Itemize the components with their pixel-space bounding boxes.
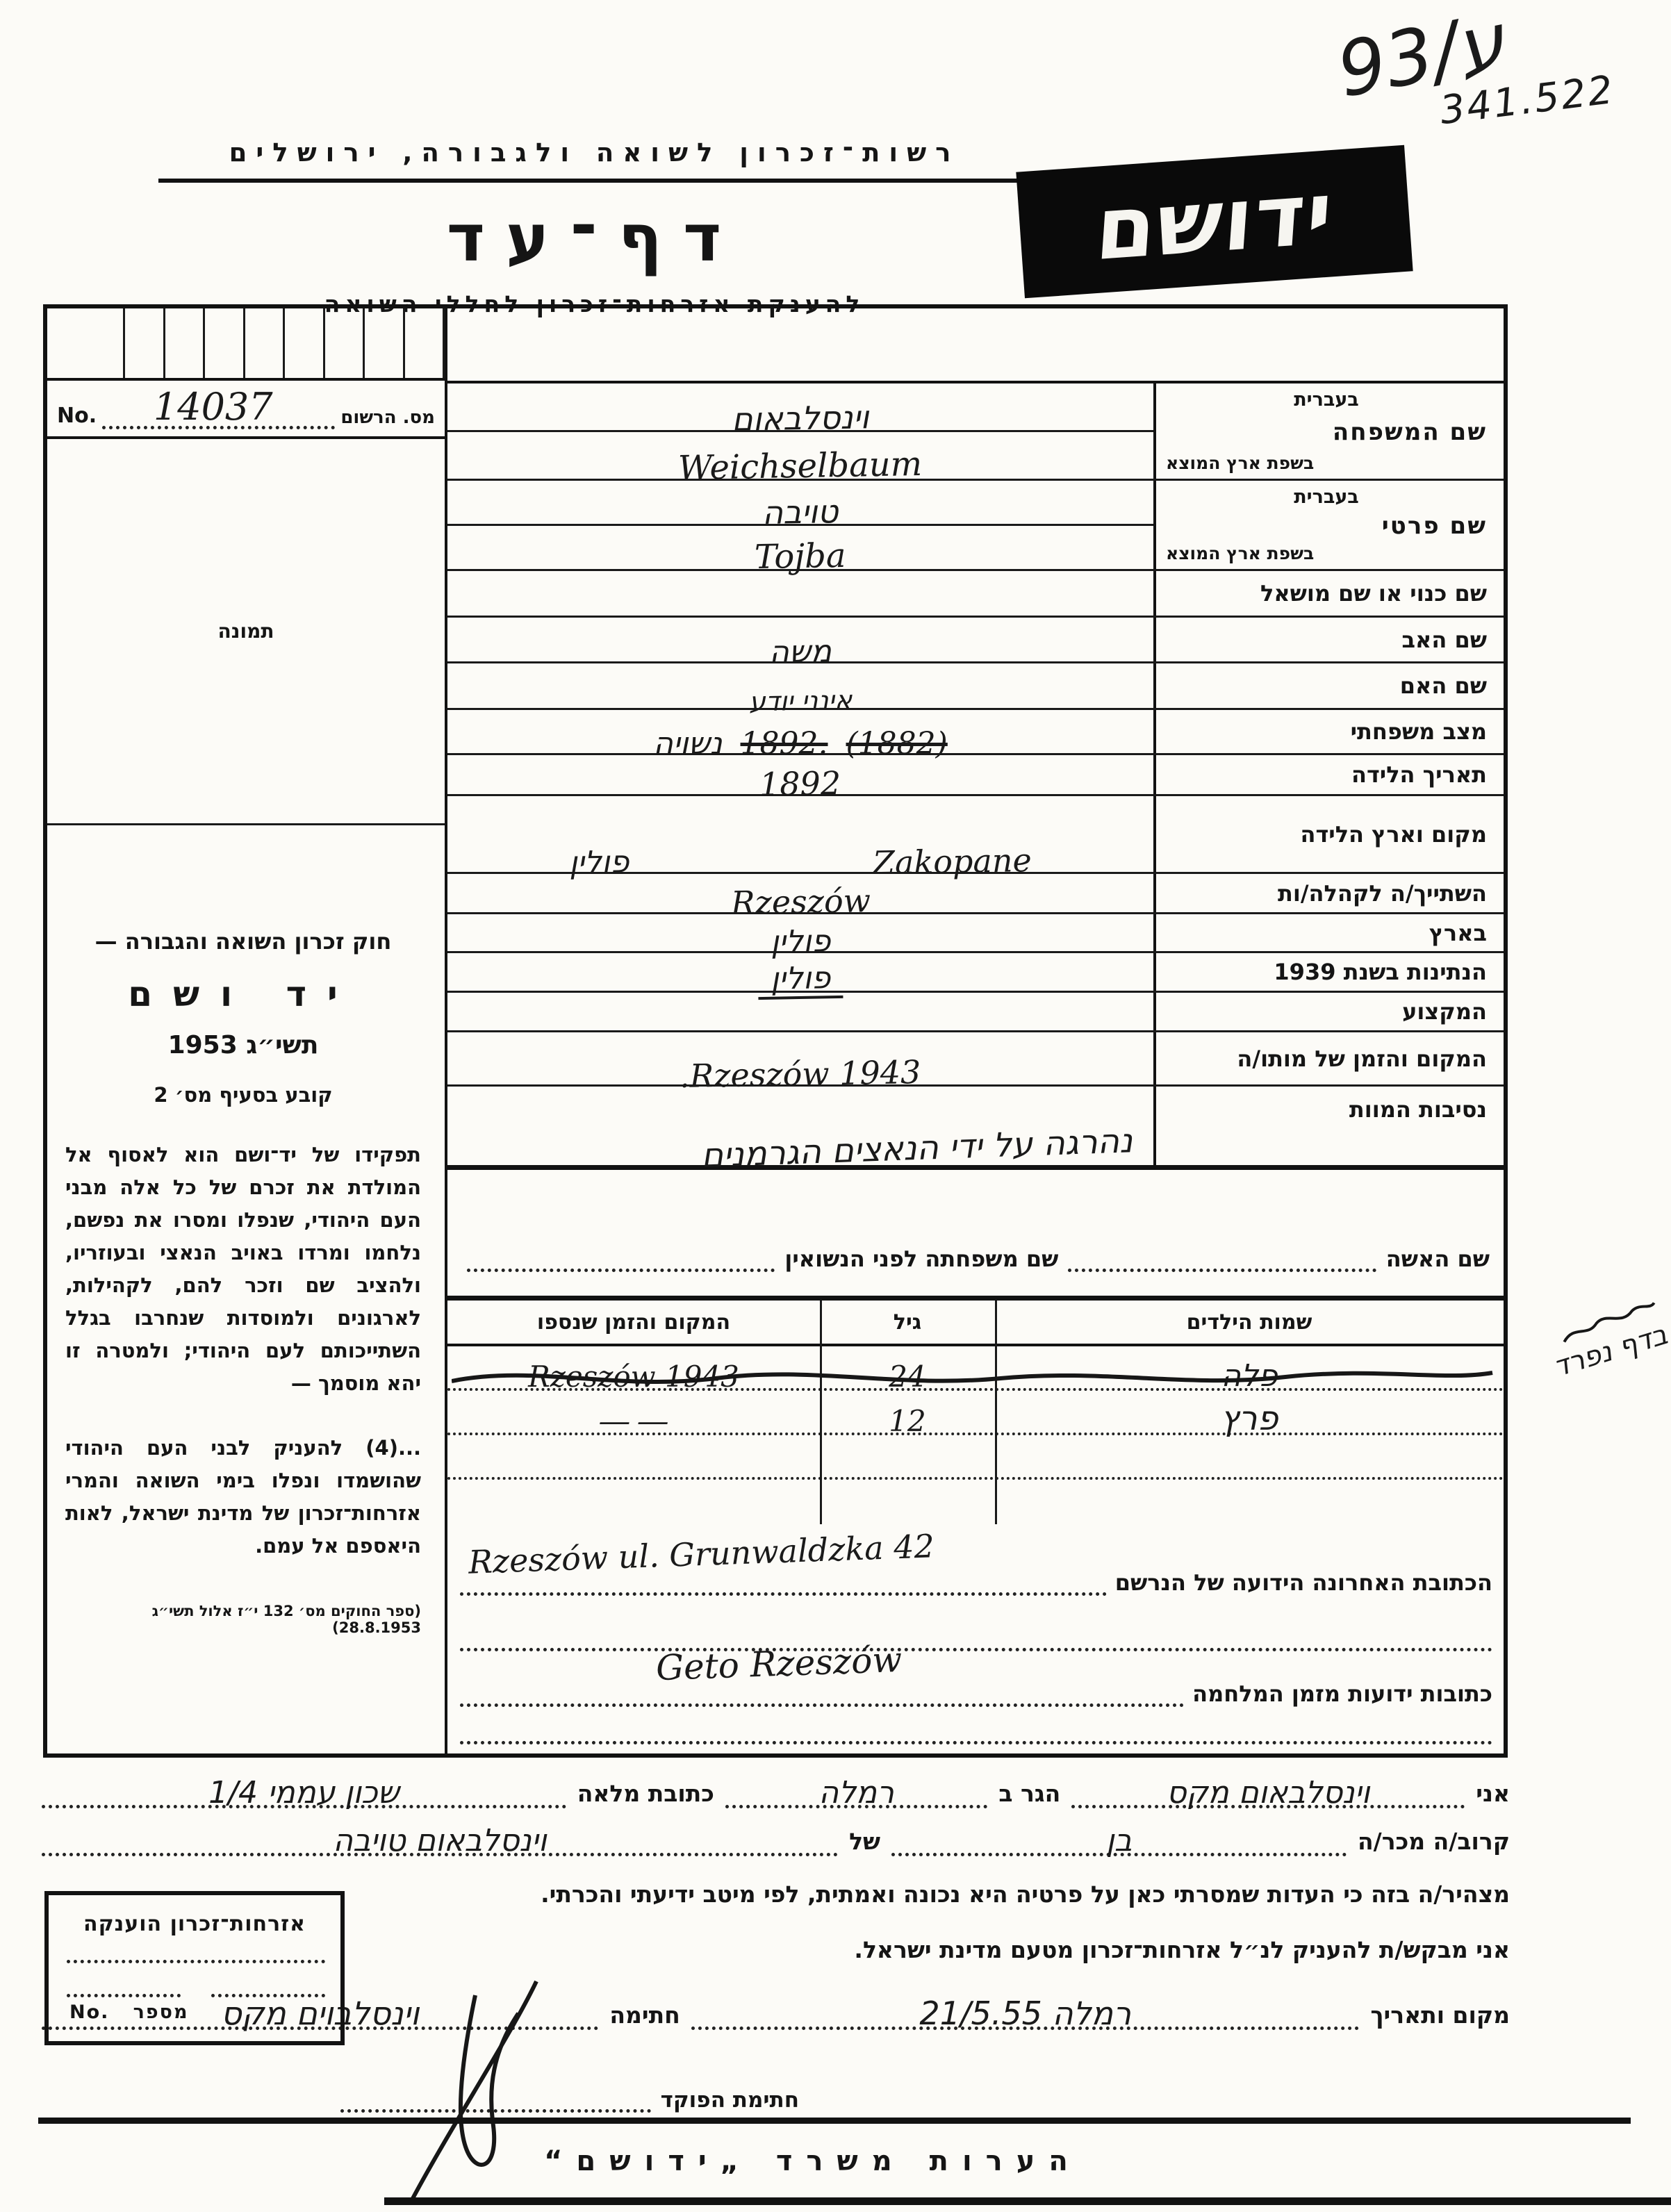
relation-label: קרוב/ה מכר/ה	[1358, 1828, 1510, 1856]
memorial-citizenship-granted-box: אזרחות־זכרון הוענקה No. מספר	[44, 1891, 345, 2045]
declarant-city-value: רמלה	[725, 1775, 987, 1810]
declarant-address-value: שכון עממי 1/4	[42, 1775, 566, 1810]
place-date-label: מקום ותאריך	[1370, 2001, 1510, 2030]
children-table: שמות הילדים גיל המקום והזמן שנספו פלה 24…	[447, 1301, 1504, 1524]
field-family-name: בעברית שם המשפחה בשפת ארץ המוצא וינסלבאו…	[447, 383, 1504, 481]
column-divider	[820, 1301, 822, 1524]
tick-strip	[47, 308, 445, 381]
relation-row: קרוב/ה מכר/ה בן של וינסלבאום טויבה	[42, 1824, 1510, 1856]
family-name-latin: Weichselbaum	[678, 445, 923, 488]
bottom-line	[384, 2197, 1671, 2205]
resides-label: הגר ב	[998, 1780, 1060, 1808]
full-address-label: כתובת מלאה	[577, 1780, 714, 1808]
separator-line	[38, 2118, 1631, 2124]
child-name: פלה	[1221, 1358, 1277, 1394]
maiden-name-line	[467, 1241, 775, 1272]
field-marital-status: מצב משפחתי נשויה 1892. (1882)	[447, 710, 1504, 755]
field-birth-date: תאריך הלידה 1892	[447, 755, 1504, 796]
column-divider	[995, 1301, 997, 1524]
field-first-name: בעברית שם פרטי בשפת ארץ המוצא טויבה Tojb…	[447, 481, 1504, 571]
field-death-place-time: המקום והזמן של מותו/ה Rzeszów 1943.	[447, 1032, 1504, 1087]
field-citizenship-1939: הנתינות בשנת 1939 פולין	[447, 953, 1504, 993]
signature-label: חתימה	[609, 2001, 680, 2030]
page-of-testimony-scan: 93/ע 341.522 רשות־זכרון לשואה ולגבורה, י…	[0, 0, 1671, 2212]
no-label-latin: No.	[57, 404, 97, 429]
of-label: של	[849, 1828, 880, 1856]
field-profession: המקצוע	[447, 993, 1504, 1032]
child-age: 12	[889, 1404, 925, 1438]
last-address-label: הכתובת האחרונה הידועה של הנרשם	[1115, 1569, 1492, 1596]
registration-number-value: 14037	[154, 385, 273, 429]
granted-title: אזרחות־זכרון הוענקה	[49, 1912, 340, 1936]
place-date-value: רמלה 21/5.55	[691, 1995, 1360, 2032]
field-in-country: בארץ פולין	[447, 914, 1504, 953]
child-age: 24	[889, 1360, 925, 1394]
law-subheading: קובע בסעיף מס׳ 2	[65, 1083, 421, 1107]
wife-name-line	[1068, 1241, 1376, 1272]
photo-box: תמונה	[47, 439, 445, 825]
child-death-place-ditto: ― ―	[600, 1404, 667, 1438]
declarant-name-value: וינסלבאום מקס	[1071, 1775, 1465, 1810]
family-name-hebrew: וינסלבאום	[732, 398, 870, 438]
field-nickname: שם כנוי או שם מושאל	[447, 571, 1504, 618]
last-address-row: הכתובת האחרונה הידועה של הנרשם	[460, 1565, 1492, 1596]
form-main: בעברית שם המשפחה בשפת ארץ המוצא וינסלבאו…	[447, 308, 1504, 1753]
field-mother-name: שם האם אינני יודע	[447, 663, 1504, 710]
field-father-name: שם האב משה	[447, 618, 1504, 663]
office-notes-label: הערות משרד „ידושם“	[542, 2145, 1084, 2177]
granted-number-label: מספר	[133, 2001, 189, 2023]
wife-name-label: שם האשה	[1386, 1246, 1490, 1272]
addresses-section: Rzeszów ul. Grunwaldzka 42 הכתובת האחרונ…	[447, 1524, 1504, 1756]
first-name-hebrew: טויבה	[762, 493, 839, 531]
sidebar: No. 14037 מס. הרשום תמונה חוק זכרון השוא…	[47, 308, 447, 1753]
empty-address-row	[460, 1620, 1492, 1651]
children-header-row: שמות הילדים גיל המקום והזמן שנספו	[447, 1301, 1504, 1346]
maiden-name-label: שם משפחתה לפני הנשואין	[784, 1246, 1058, 1272]
law-year: תשי״ג 1953	[65, 1031, 421, 1059]
authority-title: רשות־זכרון לשואה ולגבורה, ירושלים	[158, 138, 1030, 183]
margin-note: בדף נפרד	[1508, 1296, 1671, 1394]
law-text-block: חוק זכרון השואה והגבורה — יד ושם תשי״ג 1…	[47, 825, 445, 1636]
field-community: השתייך/ה לקהלה/ות Rzeszów	[447, 874, 1504, 914]
no-label-hebrew: מס. הרשום	[340, 407, 435, 429]
page-title: דף־עד	[158, 201, 1030, 276]
granted-no-label: No.	[69, 2001, 109, 2023]
law-citation: (ספר החוקים מס׳ 132 י״ז אלול תשי״ג 28.8.…	[65, 1603, 421, 1636]
yad-vashem-stamp: ידושם	[1016, 145, 1413, 299]
wife-name-row: שם האשה שם משפחתה לפני הנשואין	[447, 1165, 1504, 1301]
stamp-text: ידושם	[1092, 163, 1337, 281]
registration-number-row: No. 14037 מס. הרשום	[47, 381, 445, 439]
form-box: No. 14037 מס. הרשום תמונה חוק זכרון השוא…	[43, 304, 1508, 1758]
law-paragraph-2: ...(4) להעניק לבני העם היהודי שהושמדו ונ…	[65, 1432, 421, 1562]
official-signature-label: חתימת הפוקד	[661, 2088, 799, 2113]
form-header: רשות־זכרון לשואה ולגבורה, ירושלים דף־עד …	[158, 138, 1030, 317]
fields-table: בעברית שם המשפחה בשפת ארץ המוצא וינסלבאו…	[447, 381, 1504, 1165]
victim-name-value: וינסלבאום טויבה	[42, 1823, 838, 1858]
photo-label: תמונה	[218, 620, 274, 643]
declarant-row: אני וינסלבאום מקס הגר ב רמלה כתובת מלאה …	[42, 1776, 1510, 1808]
child-row-empty	[447, 1480, 1504, 1524]
child-row: פלה 24 Rzeszów 1943	[447, 1346, 1504, 1391]
law-heading: חוק זכרון השואה והגבורה —	[65, 928, 421, 955]
field-death-circumstances: נסיבות המוות נהרגה על ידי הנאצים הגרמנים	[447, 1087, 1504, 1165]
child-death-place: Rzeszów 1943	[528, 1360, 739, 1394]
child-row: פרץ 12 ― ―	[447, 1391, 1504, 1435]
empty-address-row	[460, 1713, 1492, 1744]
war-address-row: כתובות ידועות מזמן המלחמה	[460, 1676, 1492, 1707]
relation-value: בן	[891, 1823, 1347, 1858]
registration-number-line: 14037	[102, 398, 335, 429]
child-name: פרץ	[1221, 1399, 1278, 1438]
war-address-label: כתובות ידועות מזמן המלחמה	[1192, 1681, 1492, 1707]
i-label: אני	[1476, 1780, 1510, 1808]
field-birth-place: מקום וארץ הלידה Zakopane פולין	[447, 796, 1504, 874]
child-row-empty	[447, 1435, 1504, 1480]
law-name: יד ושם	[65, 974, 421, 1014]
law-paragraph-1: תפקידו של יד־ושם הוא לאסוף אל המולדת את …	[65, 1139, 421, 1400]
